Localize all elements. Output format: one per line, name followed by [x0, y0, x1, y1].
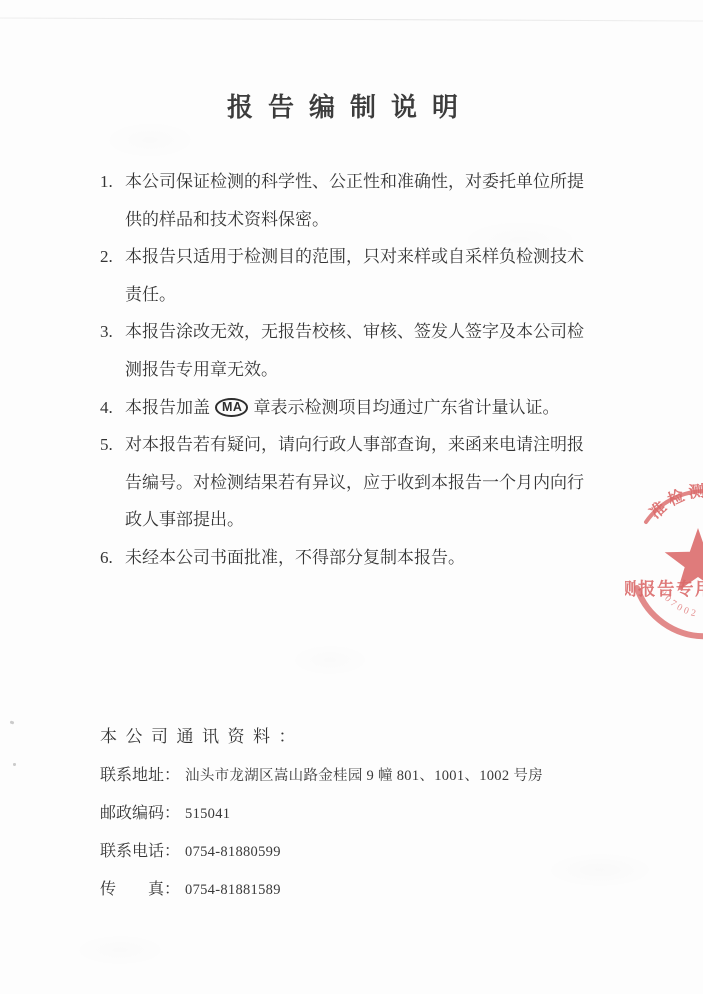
note-item: 2. 本报告只适用于检测目的范围，只对来样或自采样负检测技术责任。: [99, 238, 598, 313]
contact-value: 汕头市龙湖区嵩山路金桂园 9 幢 801、1001、1002 号房: [185, 768, 543, 784]
note-number: 2.: [100, 238, 113, 276]
contact-row: 邮政编码：515041: [100, 800, 620, 822]
note-item: 3. 本报告涂改无效，无报告校核、审核、签发人签字及本公司检测报告专用章无效。: [99, 313, 598, 388]
note-item: 6. 未经本公司书面批准，不得部分复制本报告。: [99, 539, 598, 577]
contact-label: 传 真：: [100, 881, 180, 898]
note-item: 5. 对本报告若有疑问，请向行政人事部查询，来函来电请注明报告编号。对检测结果若…: [99, 426, 598, 539]
note-number: 6.: [100, 539, 113, 577]
note-text: 本报告加盖MA章表示检测项目均通过广东省计量认证。: [125, 398, 559, 417]
red-stamp: 准检测 测报告专用 907002: [625, 483, 703, 643]
contact-value: 515041: [185, 806, 230, 822]
note-item: 4. 本报告加盖MA章表示检测项目均通过广东省计量认证。: [99, 389, 598, 427]
note-text: 对本报告若有疑问，请向行政人事部查询，来函来电请注明报告编号。对检测结果若有异议…: [125, 435, 584, 529]
contact-label: 联系地址：: [100, 767, 180, 784]
contact-value: 0754-81881589: [185, 882, 281, 898]
cma-certification-mark: MA: [215, 398, 248, 417]
stamp-top-text: 准检测: [646, 483, 703, 522]
scan-speck: [10, 720, 15, 724]
contact-heading: 本公司通讯资料：: [100, 722, 620, 747]
scan-artifact-line: [0, 17, 703, 21]
note-text: 未经本公司书面批准，不得部分复制本报告。: [125, 548, 465, 567]
contact-value: 0754-81880599: [185, 844, 281, 860]
contact-row: 联系电话：0754-81880599: [100, 838, 620, 860]
contact-row: 传 真：0754-81881589: [100, 876, 620, 898]
note-number: 5.: [100, 426, 113, 464]
note-text: 本报告涂改无效，无报告校核、审核、签发人签字及本公司检测报告专用章无效。: [125, 322, 584, 379]
note-number: 3.: [100, 313, 113, 351]
svg-text:准检测: 准检测: [646, 483, 703, 522]
document-page: 报告编制说明 1. 本公司保证检测的科学性、公正性和准确性，对委托单位所提供的样…: [0, 0, 703, 994]
note-number: 1.: [100, 163, 113, 201]
note-number: 4.: [100, 389, 113, 427]
notes-list: 1. 本公司保证检测的科学性、公正性和准确性，对委托单位所提供的样品和技术资料保…: [99, 163, 598, 577]
scan-speck: [13, 763, 16, 766]
note-item: 1. 本公司保证检测的科学性、公正性和准确性，对委托单位所提供的样品和技术资料保…: [99, 163, 598, 238]
contact-label: 联系电话：: [100, 843, 180, 860]
note-text: 本报告只适用于检测目的范围，只对来样或自采样负检测技术责任。: [125, 247, 584, 304]
note-text: 本公司保证检测的科学性、公正性和准确性，对委托单位所提供的样品和技术资料保密。: [125, 172, 584, 229]
contact-rows: 联系地址：汕头市龙湖区嵩山路金桂园 9 幢 801、1001、1002 号房 邮…: [100, 762, 620, 898]
note-text-after: 章表示检测项目均通过广东省计量认证。: [253, 398, 559, 417]
page-title: 报告编制说明: [70, 87, 615, 124]
contact-section: 本公司通讯资料： 联系地址：汕头市龙湖区嵩山路金桂园 9 幢 801、1001、…: [100, 722, 620, 914]
note-text-before: 本报告加盖: [125, 398, 210, 417]
contact-row: 联系地址：汕头市龙湖区嵩山路金桂园 9 幢 801、1001、1002 号房: [100, 762, 620, 784]
contact-label: 邮政编码：: [100, 805, 180, 822]
